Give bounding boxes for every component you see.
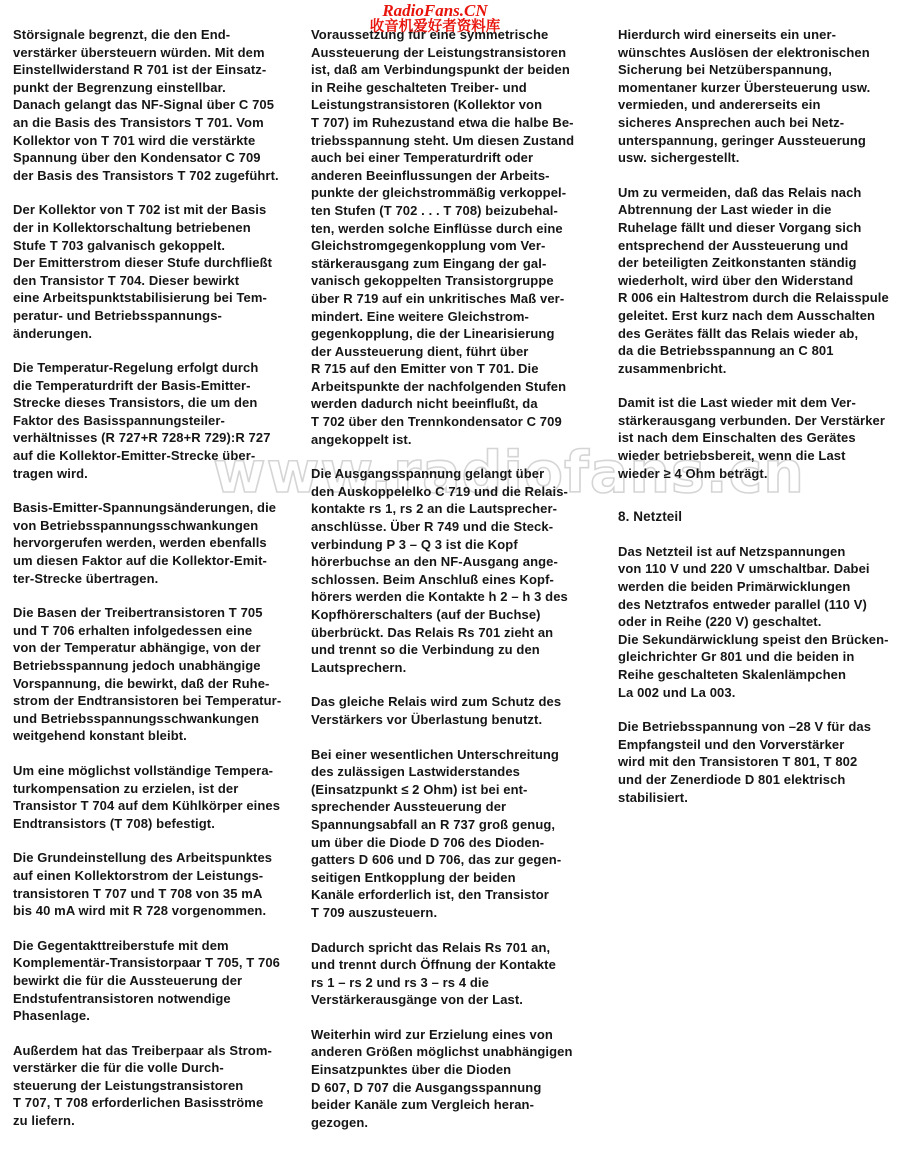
paragraph-collector-t702: Der Kollektor von T 702 ist mit der Basi… (13, 201, 305, 342)
paragraph-symmetric-drive: Voraussetzung für eine symmetrische Auss… (311, 26, 603, 448)
text-column-1: Störsignale begrenzt, die den End- verst… (13, 26, 305, 1147)
paragraph-relay-triggers: Dadurch spricht das Relais Rs 701 an, un… (311, 939, 603, 1009)
paragraph-basic-setting: Die Grundeinstellung des Arbeitspunktes … (13, 849, 305, 919)
paragraph-holding-current: Um zu vermeiden, daß das Relais nach Abt… (618, 184, 910, 378)
watermark-radiofans-top: RadioFans.CN 收音机爱好者资料库 (290, 2, 580, 35)
paragraph-load-reconnected: Damit ist die Last wieder mit dem Ver- s… (618, 394, 910, 482)
paragraph-temperature-regulation: Die Temperatur-Regelung erfolgt durch di… (13, 359, 305, 482)
watermark-radiofans-latin: RadioFans.CN (290, 2, 580, 20)
paragraph-base-emitter-changes: Basis-Emitter-Spannungsänderungen, die v… (13, 499, 305, 587)
text-column-3: Hierdurch wird einerseits ein uner- wüns… (618, 26, 910, 823)
paragraph-output-voltage: Die Ausgangsspannung gelangt über den Au… (311, 465, 603, 676)
document-page: RadioFans.CN 收音机爱好者资料库 www.radiofans.cn … (0, 0, 920, 1157)
paragraph-temp-compensation: Um eine möglichst vollständige Tempera- … (13, 762, 305, 832)
paragraph-driver-pair: Außerdem hat das Treiberpaar als Strom- … (13, 1042, 305, 1130)
watermark-radiofans-chinese: 收音机爱好者资料库 (290, 20, 580, 35)
paragraph-load-undershoot: Bei einer wesentlichen Unterschreitung d… (311, 746, 603, 922)
paragraph-operating-voltage: Die Betriebsspannung von –28 V für das E… (618, 718, 910, 806)
section-heading-netzteil: 8. Netzteil (618, 508, 910, 526)
paragraph-limiting: Störsignale begrenzt, die den End- verst… (13, 26, 305, 184)
paragraph-power-supply: Das Netzteil ist auf Netzspannungen von … (618, 543, 910, 701)
paragraph-driver-bases: Die Basen der Treibertransistoren T 705 … (13, 604, 305, 745)
paragraph-relay-protection: Das gleiche Relais wird zum Schutz des V… (311, 693, 603, 728)
paragraph-diode-comparison: Weiterhin wird zur Erzielung eines von a… (311, 1026, 603, 1132)
paragraph-electronic-fuse: Hierdurch wird einerseits ein uner- wüns… (618, 26, 910, 167)
paragraph-push-pull-driver: Die Gegentakttreiberstufe mit dem Komple… (13, 937, 305, 1025)
text-column-2: Voraussetzung für eine symmetrische Auss… (311, 26, 603, 1148)
